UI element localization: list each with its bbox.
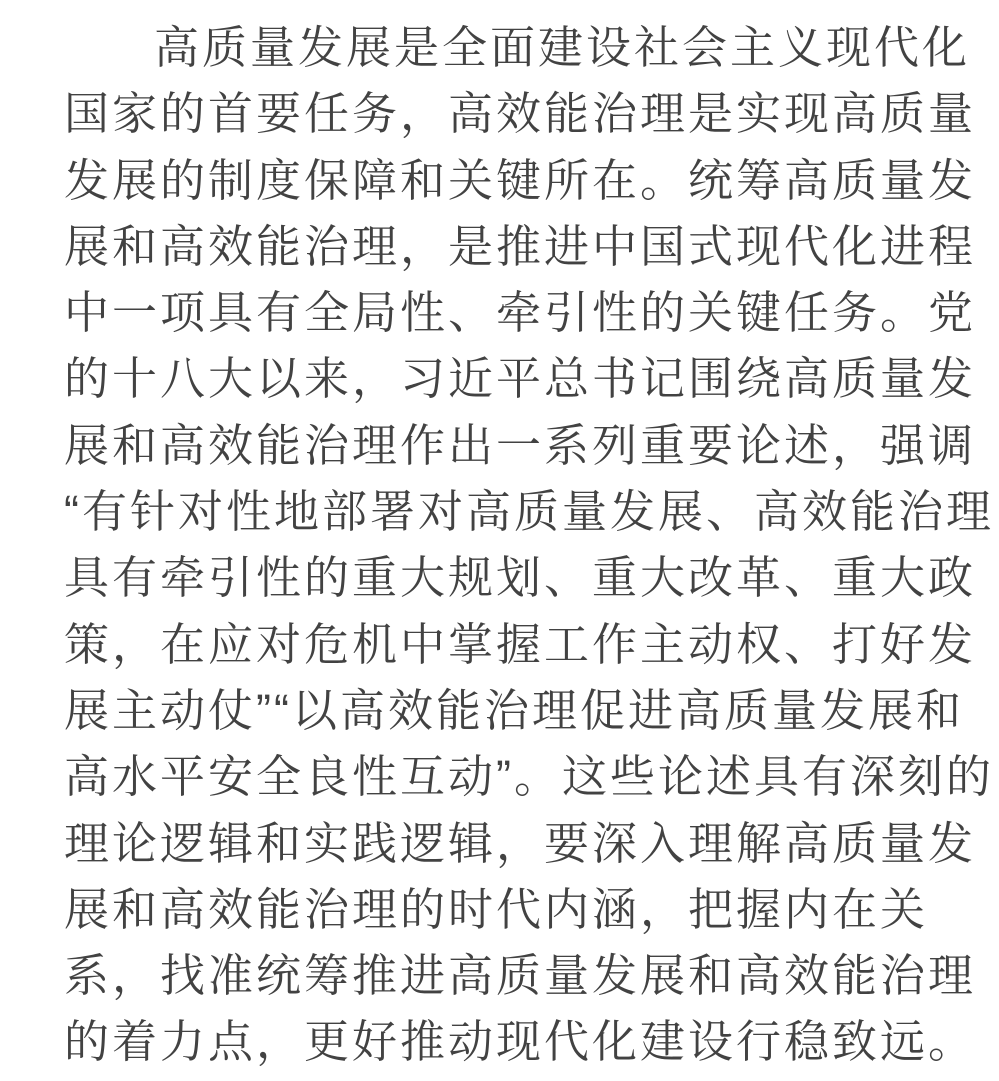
text-line: 展和高效能治理，是推进中国式现代化进程 bbox=[64, 214, 981, 280]
text-line: 的着力点，更好推动现代化建设行稳致远。 bbox=[64, 1009, 981, 1075]
text-line: “有针对性地部署对高质量发展、高效能治理 bbox=[64, 479, 981, 545]
text-line: 高水平安全良性互动”。这些论述具有深刻的 bbox=[64, 744, 981, 810]
text-line: 的十八大以来，习近平总书记围绕高质量发 bbox=[64, 346, 981, 412]
text-line: 发展的制度保障和关键所在。统筹高质量发 bbox=[64, 148, 981, 214]
text-line: 高质量发展是全面建设社会主义现代化 bbox=[64, 15, 981, 81]
paragraph: 高质量发展是全面建设社会主义现代化 国家的首要任务，高效能治理是实现高质量 发展… bbox=[64, 15, 981, 1076]
text-line: 展和高效能治理作出一系列重要论述，强调 bbox=[64, 413, 981, 479]
text-line: 展和高效能治理的时代内涵，把握内在关 bbox=[64, 877, 981, 943]
article-body: 高质量发展是全面建设社会主义现代化 国家的首要任务，高效能治理是实现高质量 发展… bbox=[0, 0, 999, 1081]
text-line: 理论逻辑和实践逻辑，要深入理解高质量发 bbox=[64, 811, 981, 877]
text-line: 具有牵引性的重大规划、重大改革、重大政 bbox=[64, 545, 981, 611]
text-line: 中一项具有全局性、牵引性的关键任务。党 bbox=[64, 280, 981, 346]
text-line: 展主动仗”“以高效能治理促进高质量发展和 bbox=[64, 678, 981, 744]
text-line: 策，在应对危机中掌握工作主动权、打好发 bbox=[64, 612, 981, 678]
text-line: 国家的首要任务，高效能治理是实现高质量 bbox=[64, 81, 981, 147]
text-line: 系，找准统筹推进高质量发展和高效能治理 bbox=[64, 943, 981, 1009]
